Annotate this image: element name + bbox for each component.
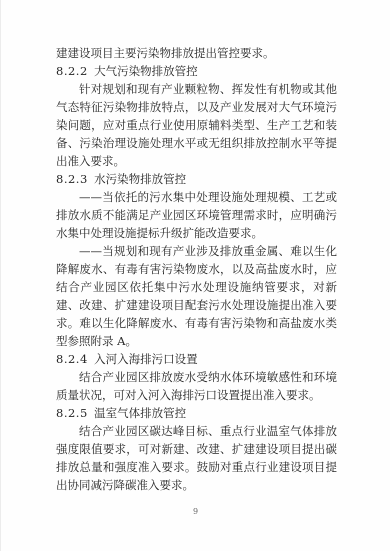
document-body: 建建设项目主要污染物排放提出管控要求。8.2.2大气污染物排放管控针对规划和现有… — [56, 44, 337, 494]
document-page: 建建设项目主要污染物排放提出管控要求。8.2.2大气污染物排放管控针对规划和现有… — [0, 0, 390, 551]
section-number: 8.2.2 — [56, 62, 88, 80]
page-number: 9 — [1, 506, 390, 518]
section-heading-8.2.5: 8.2.5温室气体排放管控 — [56, 404, 337, 422]
section-heading-8.2.2: 8.2.2大气污染物排放管控 — [56, 62, 337, 80]
section-number: 8.2.3 — [56, 170, 88, 188]
body-paragraph: 结合产业园区排放废水受纳水体环境敏感性和环境质量状况，可对入河入海排污口设置提出… — [56, 368, 337, 404]
section-title: 入河入海排污口设置 — [94, 352, 198, 366]
body-paragraph: 结合产业园区碳达峰目标、重点行业温室气体排放强度限值要求，可对新建、改建、扩建建… — [56, 422, 337, 494]
section-number: 8.2.4 — [56, 350, 88, 368]
body-paragraph: ——当规划和现有产业涉及排放重金属、难以生化降解废水、有毒有害污染物废水，以及高… — [56, 242, 337, 350]
section-title: 水污染物排放管控 — [94, 172, 186, 186]
section-title: 大气污染物排放管控 — [94, 64, 198, 78]
body-paragraph: 针对规划和现有产业颗粒物、挥发性有机物或其他气态特征污染物排放特点，以及产业发展… — [56, 80, 337, 170]
body-paragraph: ——当依托的污水集中处理设施处理规模、工艺或排放水质不能满足产业园区环境管理需求… — [56, 188, 337, 242]
section-title: 温室气体排放管控 — [94, 406, 186, 420]
section-number: 8.2.5 — [56, 404, 88, 422]
section-heading-8.2.4: 8.2.4入河入海排污口设置 — [56, 350, 337, 368]
section-heading-8.2.3: 8.2.3水污染物排放管控 — [56, 170, 337, 188]
continuation-line: 建建设项目主要污染物排放提出管控要求。 — [56, 44, 337, 62]
